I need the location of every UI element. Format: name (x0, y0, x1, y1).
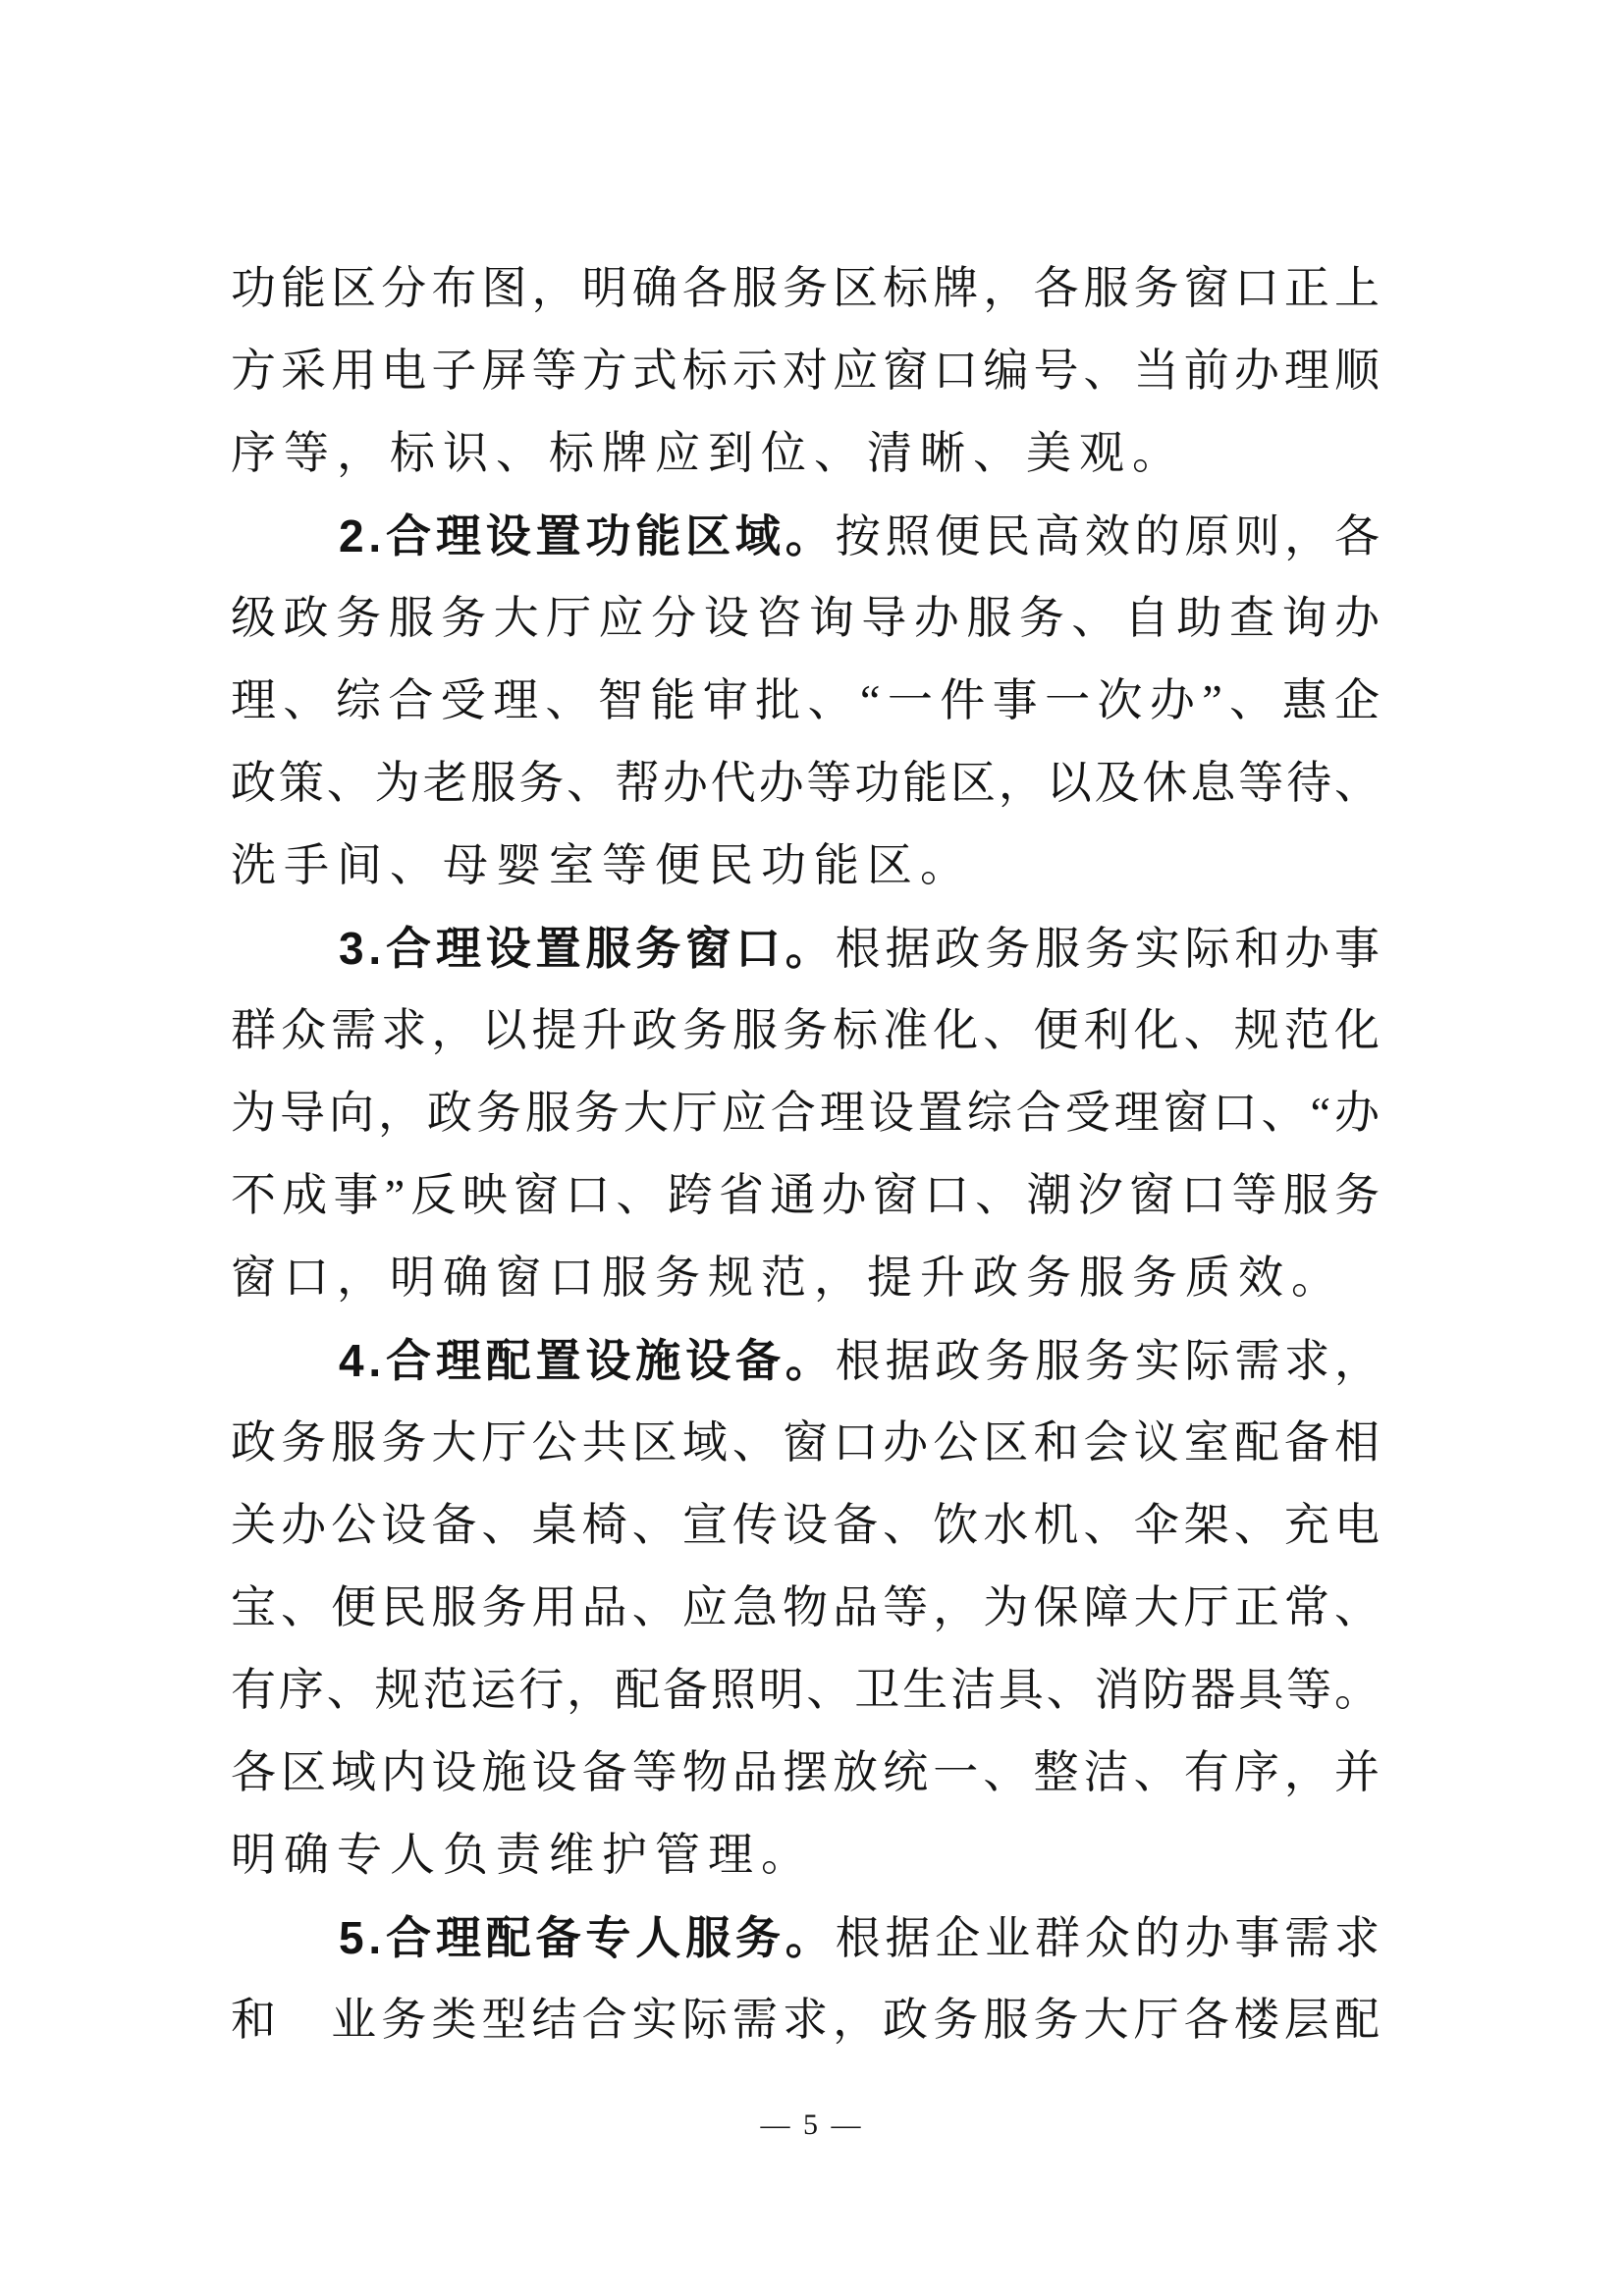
body-text-run: 功能区分布图，明确各服务区标牌，各服务窗口正上 (231, 263, 1384, 313)
document-page: 功能区分布图，明确各服务区标牌，各服务窗口正上方采用电子屏等方式标示对应窗口编号… (0, 0, 1624, 2296)
text-line: 窗口，明确窗口服务规范，提升政务服务质效。 (231, 1237, 1380, 1319)
text-line: 级政务服务大厅应分设咨询导办服务、自助查询办 (231, 577, 1380, 660)
body-text-run: 级政务服务大厅应分设咨询导办服务、自助查询办 (231, 593, 1387, 643)
body-text-run: 关办公设备、桌椅、宣传设备、饮水机、伞架、充电 (231, 1500, 1384, 1550)
document-body: 功能区分布图，明确各服务区标牌，各服务窗口正上方采用电子屏等方式标示对应窗口编号… (231, 247, 1380, 2061)
text-line: 为导向，政务服务大厅应合理设置综合受理窗口、“办 (231, 1072, 1380, 1154)
paragraph-heading-run: 5.合理配备专人服务。 (339, 1912, 836, 1963)
body-text-run: 理、综合受理、智能审批、“一件事一次办”、惠企 (231, 675, 1386, 725)
text-line: 和 业务类型结合实际需求，政务服务大厅各楼层配 (231, 1979, 1380, 2061)
text-line: 洗手间、母婴室等便民功能区。 (231, 825, 1380, 907)
page-number: — 5 — (0, 2109, 1624, 2142)
paragraph-heading-run: 3.合理设置服务窗口。 (339, 923, 836, 974)
text-line: 群众需求，以提升政务服务标准化、便利化、规范化 (231, 989, 1380, 1072)
text-line: 5.合理配备专人服务。根据企业群众的办事需求 (231, 1896, 1380, 1979)
body-text-run: 和 业务类型结合实际需求，政务服务大厅各楼层配 (231, 1995, 1384, 2045)
text-line: 方采用电子屏等方式标示对应窗口编号、当前办理顺 (231, 330, 1380, 412)
body-text-run: 不成事”反映窗口、跨省通办窗口、潮汐窗口等服务 (231, 1170, 1385, 1220)
body-text-run: 洗手间、母婴室等便民功能区。 (231, 840, 973, 890)
text-line: 明确专人负责维护管理。 (231, 1814, 1380, 1896)
text-line: 功能区分布图，明确各服务区标牌，各服务窗口正上 (231, 247, 1380, 330)
body-text-run: 政策、为老服务、帮办代办等功能区，以及休息等待、 (231, 758, 1382, 808)
body-text-run: 根据政务服务实际和办事 (836, 924, 1384, 974)
body-text-run: 根据政务服务实际需求， (836, 1336, 1384, 1386)
text-line: 序等，标识、标牌应到位、清晰、美观。 (231, 412, 1380, 495)
body-text-run: 按照便民高效的原则，各 (836, 511, 1384, 561)
body-text-run: 政务服务大厅公共区域、窗口办公区和会议室配备相 (231, 1417, 1384, 1468)
body-text-run: 宝、便民服务用品、应急物品等，为保障大厅正常、 (231, 1582, 1384, 1632)
paragraph-heading-run: 2.合理设置功能区域。 (339, 510, 836, 561)
body-text-run: 各区域内设施设备等物品摆放统一、整洁、有序，并 (231, 1747, 1384, 1797)
text-line: 政务服务大厅公共区域、窗口办公区和会议室配备相 (231, 1402, 1380, 1484)
body-text-run: 群众需求，以提升政务服务标准化、便利化、规范化 (231, 1005, 1384, 1055)
text-line: 各区域内设施设备等物品摆放统一、整洁、有序，并 (231, 1732, 1380, 1814)
body-text-run: 窗口，明确窗口服务规范，提升政务服务质效。 (231, 1253, 1344, 1303)
body-text-run: 明确专人负责维护管理。 (231, 1830, 814, 1880)
body-text-run: 有序、规范运行，配备照明、卫生洁具、消防器具等。 (231, 1665, 1382, 1715)
text-line: 不成事”反映窗口、跨省通办窗口、潮汐窗口等服务 (231, 1154, 1380, 1237)
text-line: 宝、便民服务用品、应急物品等，为保障大厅正常、 (231, 1567, 1380, 1649)
paragraph-heading-run: 4.合理配置设施设备。 (339, 1335, 836, 1386)
body-text-run: 为导向，政务服务大厅应合理设置综合受理窗口、“办 (231, 1088, 1383, 1138)
body-text-run: 方采用电子屏等方式标示对应窗口编号、当前办理顺 (231, 346, 1384, 396)
text-line: 2.合理设置功能区域。按照便民高效的原则，各 (231, 495, 1380, 577)
body-text-run: 根据企业群众的办事需求 (836, 1913, 1384, 1963)
text-line: 有序、规范运行，配备照明、卫生洁具、消防器具等。 (231, 1649, 1380, 1732)
text-line: 3.合理设置服务窗口。根据政务服务实际和办事 (231, 907, 1380, 989)
text-line: 政策、为老服务、帮办代办等功能区，以及休息等待、 (231, 742, 1380, 825)
text-line: 关办公设备、桌椅、宣传设备、饮水机、伞架、充电 (231, 1484, 1380, 1567)
text-line: 理、综合受理、智能审批、“一件事一次办”、惠企 (231, 660, 1380, 742)
text-line: 4.合理配置设施设备。根据政务服务实际需求， (231, 1319, 1380, 1402)
body-text-run: 序等，标识、标牌应到位、清晰、美观。 (231, 428, 1185, 478)
